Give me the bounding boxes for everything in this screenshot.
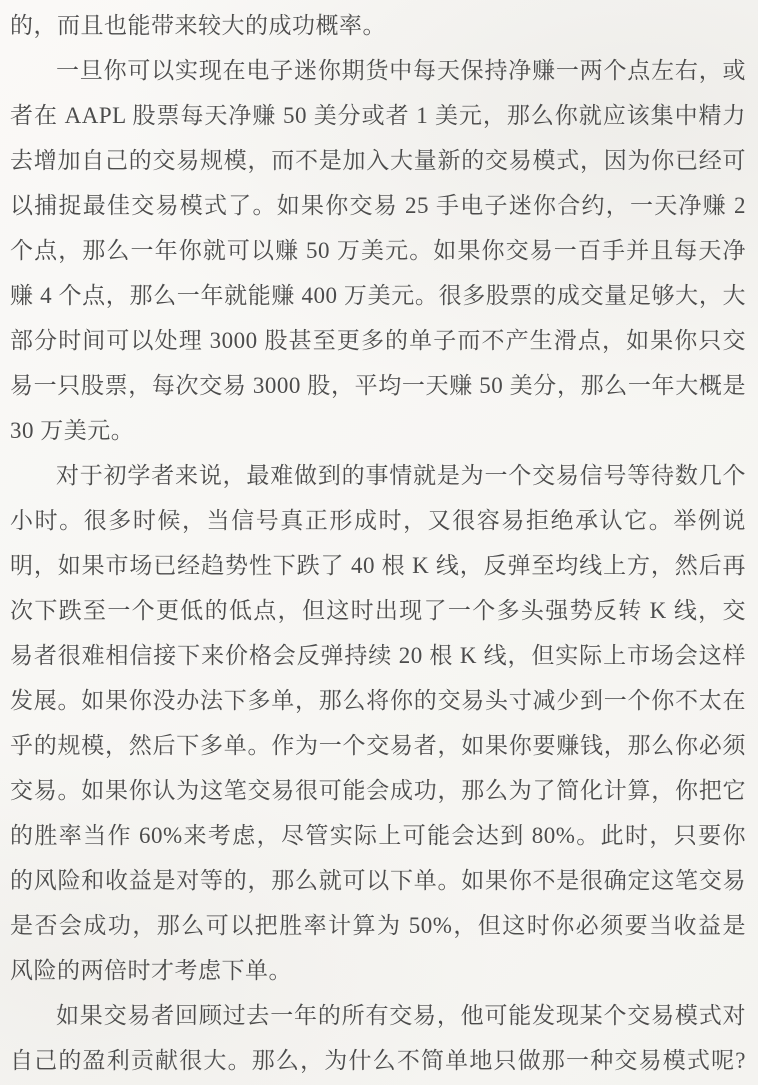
text-line: 一旦你可以实现在电子迷你期货中每天保持净赚一两个点左右，或 <box>10 48 746 93</box>
text-line: 风险的两倍时才考虑下单。 <box>10 948 746 993</box>
text-line: 交易。如果你认为这笔交易很可能会成功，那么为了简化计算，你把它 <box>10 768 746 813</box>
text-line: 对于初学者来说，最难做到的事情就是为一个交易信号等待数几个 <box>10 453 746 498</box>
text-line: 易一只股票，每次交易 3000 股，平均一天赚 50 美分，那么一年大概是 <box>10 363 746 408</box>
text-line: 发展。如果你没办法下多单，那么将你的交易头寸减少到一个你不太在 <box>10 678 746 723</box>
text-line: 明，如果市场已经趋势性下跌了 40 根 K 线，反弹至均线上方，然后再 <box>10 543 746 588</box>
text-line: 是否会成功，那么可以把胜率计算为 50%，但这时你必须要当收益是 <box>10 903 746 948</box>
book-page: 的，而且也能带来较大的成功概率。 一旦你可以实现在电子迷你期货中每天保持净赚一两… <box>0 0 758 1085</box>
text-line: 去增加自己的交易规模，而不是加入大量新的交易模式，因为你已经可 <box>10 138 746 183</box>
text-line: 易者很难相信接下来价格会反弹持续 20 根 K 线，但实际上市场会这样 <box>10 633 746 678</box>
text-line: 的，而且也能带来较大的成功概率。 <box>10 3 746 48</box>
text-line: 次下跌至一个更低的低点，但这时出现了一个多头强势反转 K 线，交 <box>10 588 746 633</box>
text-line: 小时。很多时候，当信号真正形成时，又很容易拒绝承认它。举例说 <box>10 498 746 543</box>
text-line: 个点，那么一年你就可以赚 50 万美元。如果你交易一百手并且每天净 <box>10 228 746 273</box>
text-line: 自己的盈利贡献很大。那么，为什么不简单地只做那一种交易模式呢? <box>10 1038 746 1083</box>
text-line: 乎的规模，然后下多单。作为一个交易者，如果你要赚钱，那么你必须 <box>10 723 746 768</box>
text-line: 30 万美元。 <box>10 408 746 453</box>
text-line: 部分时间可以处理 3000 股甚至更多的单子而不产生滑点，如果你只交 <box>10 318 746 363</box>
text-line: 如果交易者回顾过去一年的所有交易，他可能发现某个交易模式对 <box>10 993 746 1038</box>
text-line: 者在 AAPL 股票每天净赚 50 美分或者 1 美元，那么你就应该集中精力 <box>10 93 746 138</box>
text-line: 的胜率当作 60%来考虑，尽管实际上可能会达到 80%。此时，只要你 <box>10 813 746 858</box>
text-line: 赚 4 个点，那么一年就能赚 400 万美元。很多股票的成交量足够大，大 <box>10 273 746 318</box>
text-line: 以捕捉最佳交易模式了。如果你交易 25 手电子迷你合约，一天净赚 2 <box>10 183 746 228</box>
text-line: 的风险和收益是对等的，那么就可以下单。如果你不是很确定这笔交易 <box>10 858 746 903</box>
